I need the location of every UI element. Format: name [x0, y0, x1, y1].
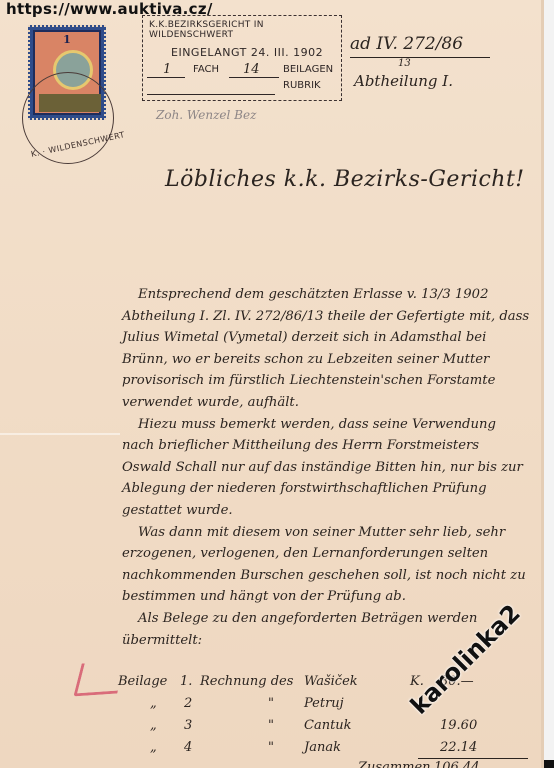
fach-line: [147, 77, 185, 78]
registry-stamp: K.K.BEZIRKSGERICHT IN WILDENSCHWERT EING…: [142, 15, 342, 101]
paragraph: Was dann mit diesem von seiner Mutter se…: [122, 522, 532, 608]
pencil-note: Zoh. Wenzel Bez: [156, 108, 256, 122]
enclosure-amount: 22.14: [440, 740, 477, 755]
enclosure-label: Beilage: [118, 674, 167, 689]
total-amount: 106.44: [434, 760, 480, 768]
enclosure-no: 1.: [180, 674, 192, 689]
fach-value: 1: [163, 62, 171, 77]
case-sub-number: 13: [398, 58, 411, 69]
rubrik-line: [147, 94, 275, 95]
beilagen-value: 14: [243, 62, 260, 77]
beilagen-label: BEILAGEN: [283, 64, 333, 75]
enclosure-no: 4: [184, 740, 192, 755]
enclosure-no: 3: [184, 718, 192, 733]
page-edge: [541, 0, 544, 768]
department: Abtheilung I.: [354, 72, 453, 90]
salutation: Löbliches k.k. Bezirks-Gericht!: [165, 167, 525, 192]
enclosure-desc: ": [268, 718, 274, 733]
enclosure-desc: Rechnung des: [200, 674, 293, 689]
total-label: Zusammen: [358, 760, 431, 768]
paragraph: Hiezu muss bemerkt werden, dass seine Ve…: [122, 414, 532, 522]
paragraph: Entsprechend dem geschätzten Erlasse v. …: [122, 284, 532, 414]
enclosure-name: Cantuk: [304, 718, 352, 733]
enclosure-no: 2: [184, 696, 192, 711]
case-number: ad IV. 272/86: [350, 34, 463, 54]
enclosure-name: Janak: [304, 740, 341, 755]
paper-fold: [0, 433, 120, 435]
letter-body: Entsprechend dem geschätzten Erlasse v. …: [122, 284, 532, 651]
rubrik-label: RUBRIK: [283, 80, 321, 91]
enclosure-desc: ": [268, 696, 274, 711]
sum-underline: [418, 758, 528, 759]
fach-label: FACH: [193, 64, 219, 75]
court-name: K.K.BEZIRKSGERICHT IN WILDENSCHWERT: [149, 20, 341, 40]
stamp-value: 1: [35, 33, 99, 46]
case-underline: [350, 57, 490, 58]
enclosure-name: Wašiček: [304, 674, 358, 689]
enclosure-desc: ": [268, 740, 274, 755]
enclosure-amount: 19.60: [440, 718, 477, 733]
received-date: EINGELANGT 24. III. 1902: [171, 46, 323, 59]
document-page: https://www.auktiva.cz/ 1 K. · WILDENSCH…: [0, 0, 544, 768]
corner-bar: [544, 760, 554, 768]
enclosure-name: Petruj: [304, 696, 344, 711]
beilagen-line: [229, 77, 279, 78]
